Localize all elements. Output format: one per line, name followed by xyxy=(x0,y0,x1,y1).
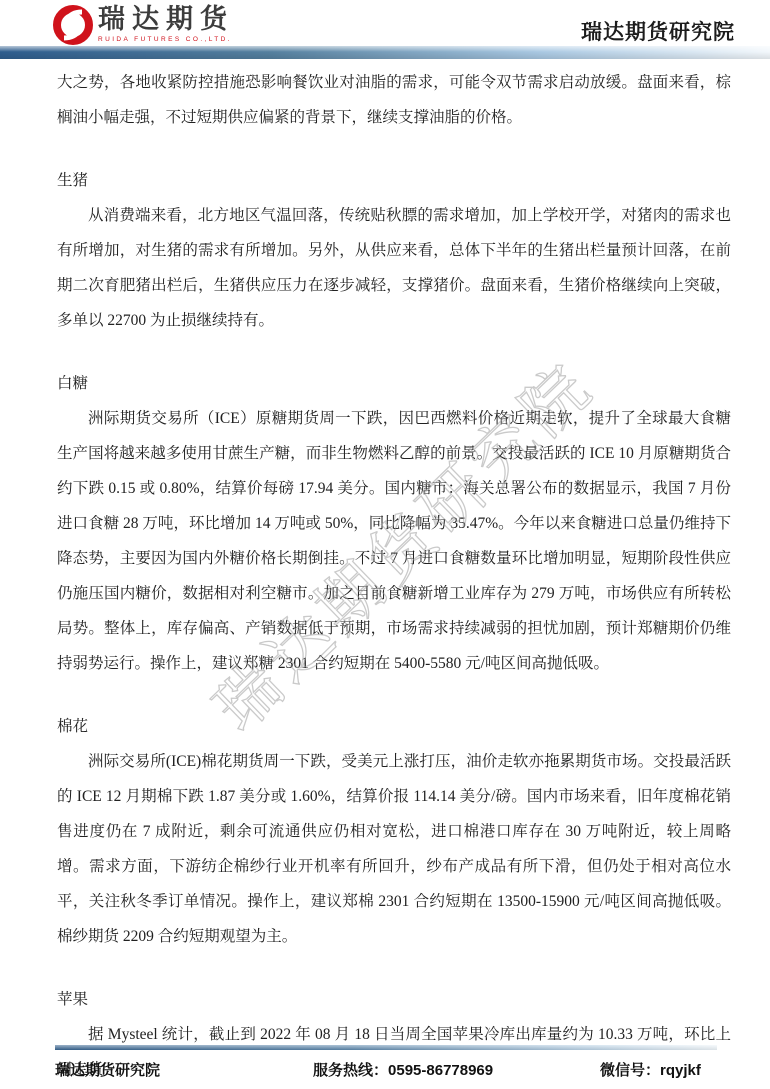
report-page: 瑞达期货 RUIDA FUTURES CO.,LTD. 瑞达期货研究院 大之势，… xyxy=(0,0,770,1089)
logo-text-block: 瑞达期货 RUIDA FUTURES CO.,LTD. xyxy=(98,4,234,43)
footer-divider-bar xyxy=(55,1045,717,1050)
footer-institute: 瑞达期货研究院 xyxy=(55,1059,160,1080)
section-paragraph-livehog: 从消费端来看，北方地区气温回落，传统贴秋膘的需求增加，加上学校开学，对猪肉的需求… xyxy=(57,198,731,338)
header-institute-title: 瑞达期货研究院 xyxy=(581,16,735,46)
ruida-logo-icon xyxy=(52,4,94,46)
section-heading-sugar: 白糖 xyxy=(57,366,731,401)
header-divider-bar xyxy=(0,46,770,59)
intro-paragraph: 大之势，各地收紧防控措施恐影响餐饮业对油脂的需求，可能令双节需求启动放缓。盘面来… xyxy=(57,65,731,135)
section-heading-apple: 苹果 xyxy=(57,982,731,1017)
footer-wechat: 微信号：rqyjkf xyxy=(600,1059,701,1080)
brand-subtitle: RUIDA FUTURES CO.,LTD. xyxy=(98,36,234,43)
company-logo: 瑞达期货 RUIDA FUTURES CO.,LTD. xyxy=(52,4,234,48)
section-heading-cotton: 棉花 xyxy=(57,709,731,744)
footer-wechat-id: rqyjkf xyxy=(660,1062,701,1079)
footer-hotline-number: 0595-86778969 xyxy=(388,1062,493,1079)
section-paragraph-sugar: 洲际期货交易所（ICE）原糖期货周一下跌，因巴西燃料价格近期走软，提升了全球最大… xyxy=(57,401,731,681)
section-heading-livehog: 生猪 xyxy=(57,163,731,198)
footer-wechat-label: 微信号： xyxy=(600,1062,660,1079)
footer-row: 瑞达期货研究院 服务热线：0595-86778969 微信号：rqyjkf xyxy=(0,1057,770,1083)
brand-name: 瑞达期货 xyxy=(98,4,234,34)
section-paragraph-cotton: 洲际交易所(ICE)棉花期货周一下跌，受美元上涨打压，油价走软亦拖累期货市场。交… xyxy=(57,744,731,954)
page-footer: 瑞达期货研究院 服务热线：0595-86778969 微信号：rqyjkf xyxy=(0,1041,770,1089)
footer-hotline: 服务热线：0595-86778969 xyxy=(313,1059,493,1080)
footer-hotline-label: 服务热线： xyxy=(313,1062,388,1079)
page-header: 瑞达期货 RUIDA FUTURES CO.,LTD. 瑞达期货研究院 xyxy=(0,0,770,60)
document-body: 大之势，各地收紧防控措施恐影响餐饮业对油脂的需求，可能令双节需求启动放缓。盘面来… xyxy=(57,65,731,1087)
